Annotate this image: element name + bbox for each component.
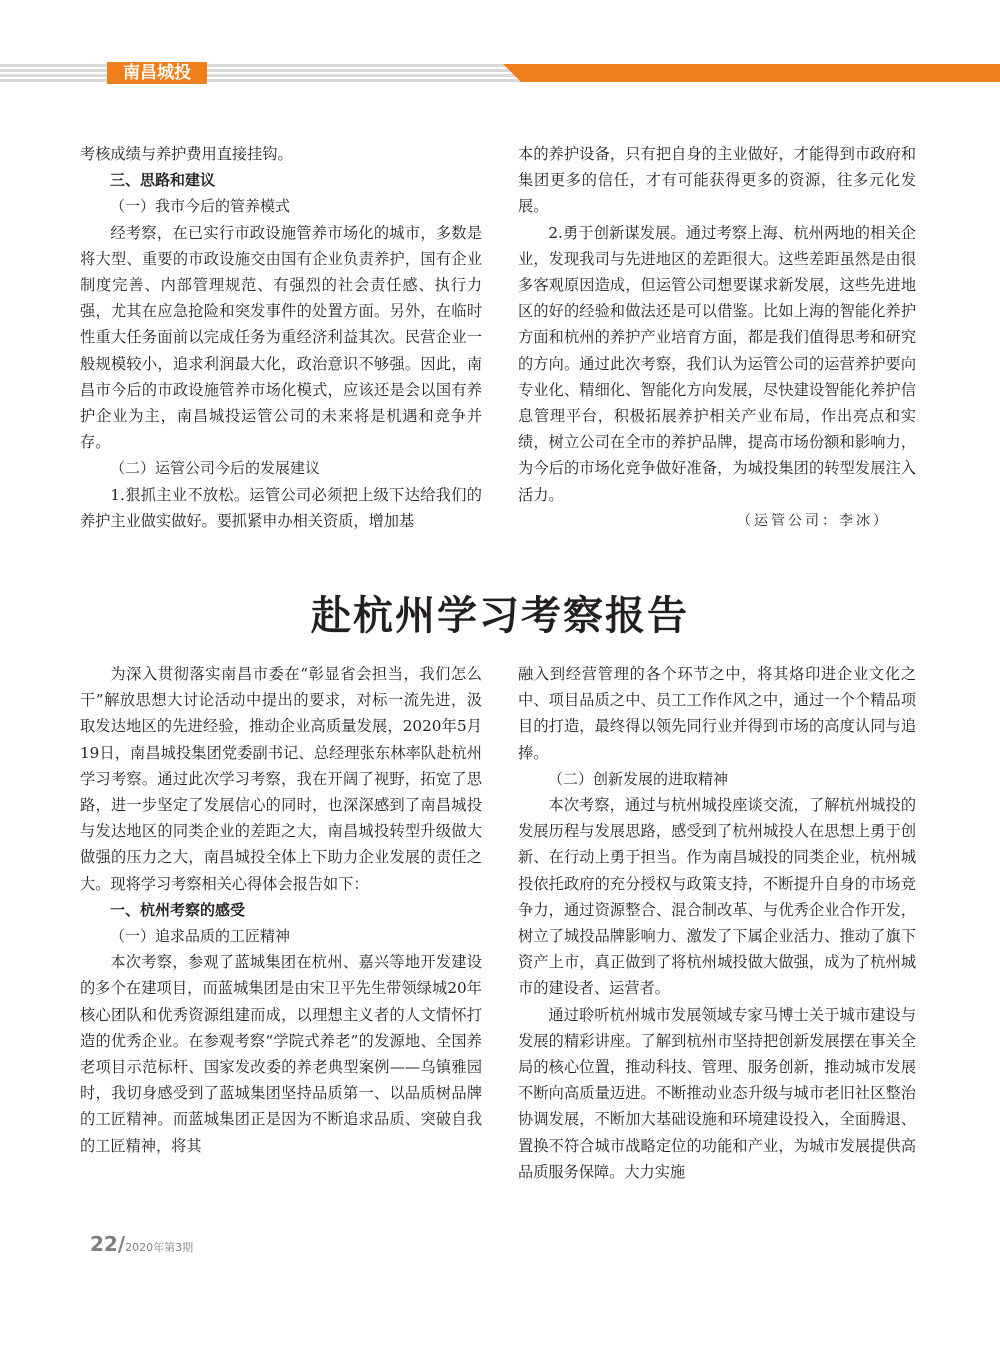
brand-tag: 南昌城投 — [107, 62, 207, 84]
article-right-column: 融入到经营管理的各个环节之中，将其烙印进企业文化之中、项目品质之中、员工工作作风… — [518, 661, 916, 1185]
paragraph: 本次考察，通过与杭州城投座谈交流，了解杭州城投的发展历程与发展思路，感受到了杭州… — [518, 792, 916, 1002]
subsection-heading: （一）追求品质的工匠精神 — [80, 923, 482, 949]
header-stripes — [0, 62, 525, 84]
previous-article-left-column: 考核成绩与养护费用直接挂钩。 三、思路和建议 （一）我市今后的管养模式 经考察，… — [80, 141, 482, 534]
subsection-heading: （二）运管公司今后的发展建议 — [80, 455, 482, 481]
paragraph: 1.狠抓主业不放松。运管公司必须把上级下达给我们的养护主业做实做好。要抓紧申办相… — [80, 482, 482, 534]
subsection-heading: （二）创新发展的进取精神 — [518, 766, 916, 792]
page-number: 22/ — [90, 1232, 125, 1256]
paragraph: 为深入贯彻落实南昌市委在“彰显省会担当，我们怎么干”解放思想大讨论活动中提出的要… — [80, 661, 482, 897]
page-footer: 22/2020年第3期 — [90, 1232, 193, 1256]
subsection-heading: （一）我市今后的管养模式 — [80, 193, 482, 219]
author-credit: （运管公司：李冰） — [518, 508, 916, 534]
paragraph: 本的养护设备，只有把自身的主业做好，才能得到市政府和集团更多的信任，才有可能获得… — [518, 141, 916, 220]
paragraph: 经考察，在已实行市政设施管养市场化的城市，多数是将大型、重要的市政设施交由国有企… — [80, 220, 482, 456]
paragraph: 本次考察，参观了蓝城集团在杭州、嘉兴等地开发建设的多个在建项目，而蓝城集团是由宋… — [80, 949, 482, 1159]
paragraph: 通过聆听杭州城市发展领域专家马博士关于城市建设与发展的精彩讲座。了解到杭州市坚持… — [518, 1002, 916, 1185]
issue-label: 2020年第3期 — [125, 1241, 193, 1254]
article-title: 赴杭州学习考察报告 — [0, 588, 1000, 644]
section-header: 南昌城投 — [0, 62, 1000, 84]
header-orange-band — [503, 64, 1000, 82]
paragraph: 融入到经营管理的各个环节之中，将其烙印进企业文化之中、项目品质之中、员工工作作风… — [518, 661, 916, 766]
article-left-column: 为深入贯彻落实南昌市委在“彰显省会担当，我们怎么干”解放思想大讨论活动中提出的要… — [80, 661, 482, 1159]
section-heading: 三、思路和建议 — [80, 167, 482, 193]
section-heading: 一、杭州考察的感受 — [80, 897, 482, 923]
paragraph: 2.勇于创新谋发展。通过考察上海、杭州两地的相关企业，发现我司与先进地区的差距很… — [518, 220, 916, 508]
previous-article-right-column: 本的养护设备，只有把自身的主业做好，才能得到市政府和集团更多的信任，才有可能获得… — [518, 141, 916, 534]
paragraph: 考核成绩与养护费用直接挂钩。 — [80, 141, 482, 167]
